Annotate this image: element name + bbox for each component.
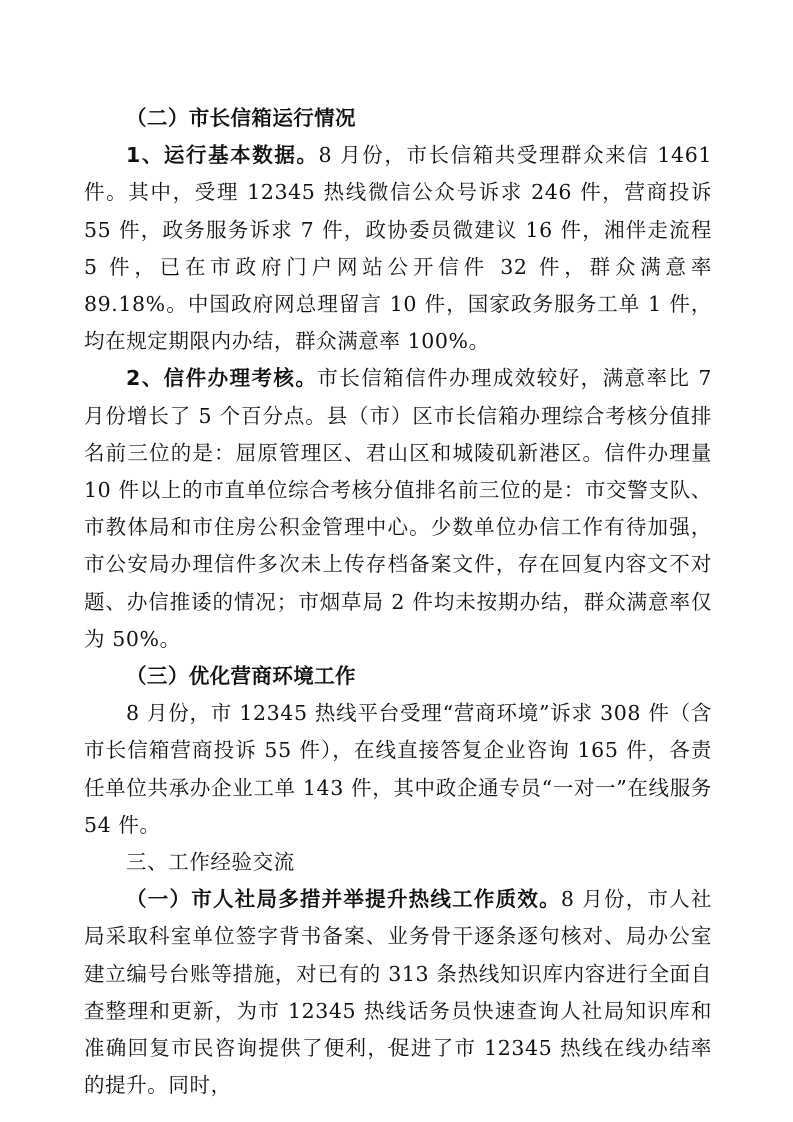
section-heading-experience-exchange: 三、工作经验交流 [84, 844, 712, 881]
paragraph-lead-basic-data: 1、运行基本数据。 [126, 143, 318, 167]
paragraph-lead-letter-assessment: 2、信件办理考核。 [126, 366, 317, 390]
paragraph-body-hr-bureau: 8 月份，市人社局采取科室单位签字背书备案、业务骨干逐条逐句核对、局办公室建立编… [84, 887, 712, 1097]
paragraph-body-basic-data: 8 月份，市长信箱共受理群众来信 1461 件。其中，受理 12345 热线微信… [84, 143, 712, 353]
section-heading-business-environment: （三）优化营商环境工作 [84, 658, 712, 695]
paragraph-business-environment: 8 月份，市 12345 热线平台受理“营商环境”诉求 308 件（含市长信箱营… [84, 695, 712, 844]
paragraph-body-letter-assessment: 市长信箱信件办理成效较好，满意率比 7 月份增长了 5 个百分点。县（市）区市长… [84, 366, 712, 650]
paragraph-basic-data: 1、运行基本数据。8 月份，市长信箱共受理群众来信 1461 件。其中，受理 1… [84, 137, 712, 360]
paragraph-hr-bureau: （一）市人社局多措并举提升热线工作质效。8 月份，市人社局采取科室单位签字背书备… [84, 881, 712, 1104]
document-page: （二）市长信箱运行情况 1、运行基本数据。8 月份，市长信箱共受理群众来信 14… [84, 100, 712, 1104]
paragraph-body-business-environment: 8 月份，市 12345 热线平台受理“营商环境”诉求 308 件（含市长信箱营… [84, 701, 712, 837]
paragraph-lead-hr-bureau: （一）市人社局多措并举提升热线工作质效。 [126, 887, 561, 911]
page-number: - 3 - [0, 1041, 793, 1053]
section-heading-mayor-mailbox: （二）市长信箱运行情况 [84, 100, 712, 137]
paragraph-letter-assessment: 2、信件办理考核。市长信箱信件办理成效较好，满意率比 7 月份增长了 5 个百分… [84, 360, 712, 658]
